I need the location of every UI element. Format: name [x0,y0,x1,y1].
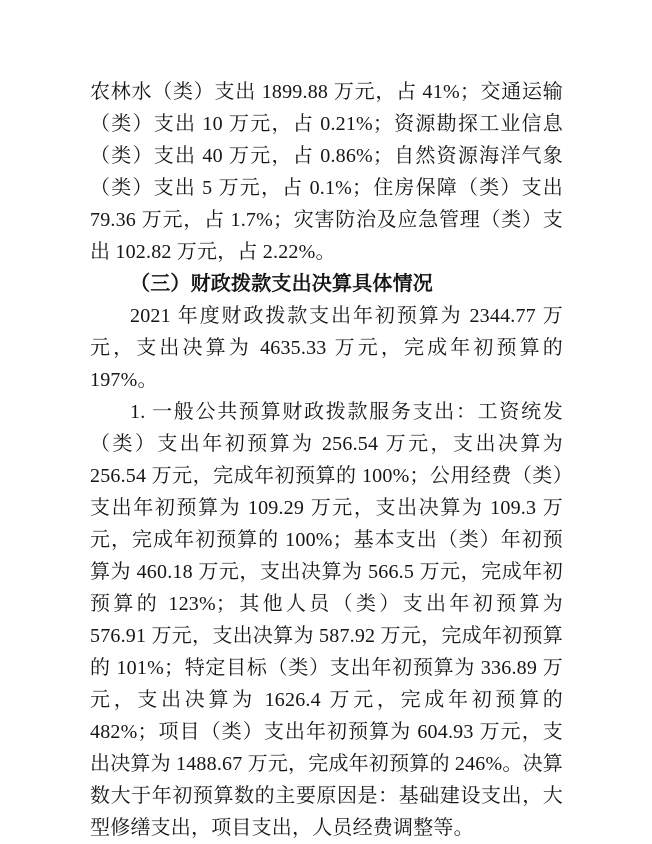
paragraph-budget-summary: 2021 年度财政拨款支出年初预算为 2344.77 万元，支出决算为 4635… [90,300,563,396]
document-page: 农林水（类）支出 1899.88 万元，占 41%；交通运输（类）支出 10 万… [0,0,652,844]
paragraph-expenditure-breakdown: 农林水（类）支出 1899.88 万元，占 41%；交通运输（类）支出 10 万… [90,76,563,268]
section-heading: （三）财政拨款支出决算具体情况 [90,268,563,300]
paragraph-budget-details: 1. 一般公共预算财政拨款服务支出：工资统发（类）支出年初预算为 256.54 … [90,396,563,844]
